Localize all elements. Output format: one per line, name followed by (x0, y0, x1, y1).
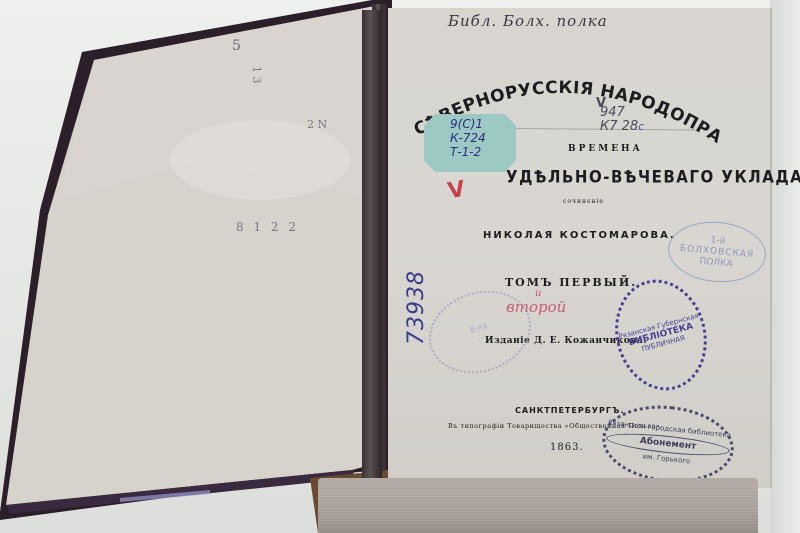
imprint-year: 1863. (550, 442, 584, 453)
endpaper-pencil-mark: 2 N (307, 118, 327, 131)
subtitle-vremena: ВРЕМЕНА (568, 144, 643, 154)
shelf-mark-line: 947 (600, 106, 644, 120)
page-lines (318, 484, 758, 533)
sticker-call-number: 9(С)1 К-724 Т-1-2 (450, 117, 486, 159)
page-block-edge (318, 478, 758, 533)
endpaper-pencil-mark: 5 (232, 38, 241, 54)
shelf-mark: 947 К7 28с (600, 106, 644, 134)
endpaper-pencil-mark: 1 3 (250, 66, 263, 84)
sticker-line: К-724 (450, 131, 486, 145)
author-label: сочиненіе (563, 198, 604, 205)
shelf-mark-line: К7 28 (600, 119, 638, 134)
sticker-line: Т-1-2 (450, 145, 486, 159)
volume-label: ТОМЪ ПЕРВЫЙ. (505, 276, 637, 289)
subtitle-udel: УДѢЛЬНО-ВѢЧЕВАГО УКЛАДА (506, 167, 800, 188)
endpaper-pencil-mark: 8 1 2 2 (236, 220, 299, 234)
inventory-number: 73938 (404, 270, 429, 345)
sticker-line: 9(С)1 (450, 117, 486, 131)
photo-scene: 5 1 3 2 N 8 1 2 2 Библ. Болх. полка СѢВЕ… (0, 0, 800, 533)
shelf-mark-suffix: с (638, 120, 644, 133)
author-name: НИКОЛАЯ КОСТОМАРОВА. (483, 230, 676, 241)
pencil-check-mark: V (596, 96, 606, 111)
imprint-city: САНКТПЕТЕРБУРГЪ. (515, 406, 624, 415)
book-spine-gutter (362, 10, 382, 480)
